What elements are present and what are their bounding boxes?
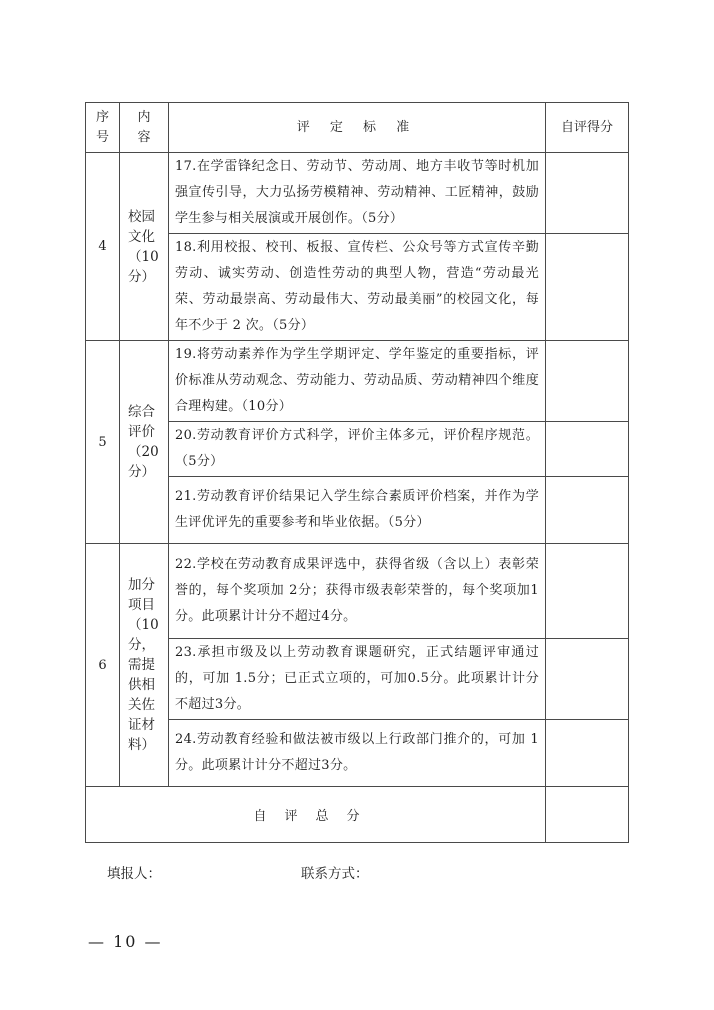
header-self-score: 自评得分 (546, 103, 629, 153)
criterion-text: 22.学校在劳动教育成果评选中，获得省级（含以上）表彰荣誉的，每个奖项加 2分；… (169, 544, 546, 639)
table-row: 4 校园文化（10分） 17.在学雷锋纪念日、劳动节、劳动周、地方丰收节等时机加… (86, 153, 629, 234)
self-score-cell[interactable] (546, 341, 629, 422)
table-header-row: 序号 内容 评 定 标 准 自评得分 (86, 103, 629, 153)
total-row: 自评总分 (86, 787, 629, 843)
group-category: 加分项目（10分，需提供相关佐证材料） (120, 544, 169, 787)
criterion-text: 19.将劳动素养作为学生学期评定、学年鉴定的重要指标，评价标准从劳动观念、劳动能… (169, 341, 546, 422)
self-score-cell[interactable] (546, 720, 629, 787)
group-category: 综合评价（20分） (120, 341, 169, 544)
header-content: 内容 (120, 103, 169, 153)
self-score-cell[interactable] (546, 544, 629, 639)
group-category: 校园文化（10分） (120, 153, 169, 341)
page-number: — 10 — (88, 932, 163, 951)
criterion-text: 18.利用校报、校刊、板报、宣传栏、公众号等方式宣传辛勤劳动、诚实劳动、创造性劳… (169, 234, 546, 341)
filler-label: 填报人： (107, 862, 161, 882)
header-criteria: 评 定 标 准 (169, 103, 546, 153)
document-page: 序号 内容 评 定 标 准 自评得分 4 校园文化（10分） 17.在学雷锋纪念… (0, 0, 714, 1010)
self-evaluation-table: 序号 内容 评 定 标 准 自评得分 4 校园文化（10分） 17.在学雷锋纪念… (85, 102, 629, 843)
self-score-cell[interactable] (546, 639, 629, 720)
criterion-text: 21.劳动教育评价结果记入学生综合素质评价档案，并作为学生评优评先的重要参考和毕… (169, 477, 546, 544)
group-seq: 6 (86, 544, 120, 787)
criterion-text: 23.承担市级及以上劳动教育课题研究，正式结题评审通过的，可加 1.5分；已正式… (169, 639, 546, 720)
self-score-cell[interactable] (546, 477, 629, 544)
self-score-cell[interactable] (546, 422, 629, 477)
total-score-cell[interactable] (546, 787, 629, 843)
criterion-text: 17.在学雷锋纪念日、劳动节、劳动周、地方丰收节等时机加强宣传引导，大力弘扬劳模… (169, 153, 546, 234)
group-seq: 4 (86, 153, 120, 341)
criterion-text: 20.劳动教育评价方式科学，评价主体多元，评价程序规范。（5分） (169, 422, 546, 477)
self-score-cell[interactable] (546, 234, 629, 341)
group-seq: 5 (86, 341, 120, 544)
total-label: 自评总分 (86, 787, 546, 843)
header-seq: 序号 (86, 103, 120, 153)
table-row: 6 加分项目（10分，需提供相关佐证材料） 22.学校在劳动教育成果评选中，获得… (86, 544, 629, 639)
table-row: 5 综合评价（20分） 19.将劳动素养作为学生学期评定、学年鉴定的重要指标，评… (86, 341, 629, 422)
self-score-cell[interactable] (546, 153, 629, 234)
contact-label: 联系方式： (301, 862, 369, 882)
criterion-text: 24.劳动教育经验和做法被市级以上行政部门推介的，可加 1 分。此项累计计分不超… (169, 720, 546, 787)
